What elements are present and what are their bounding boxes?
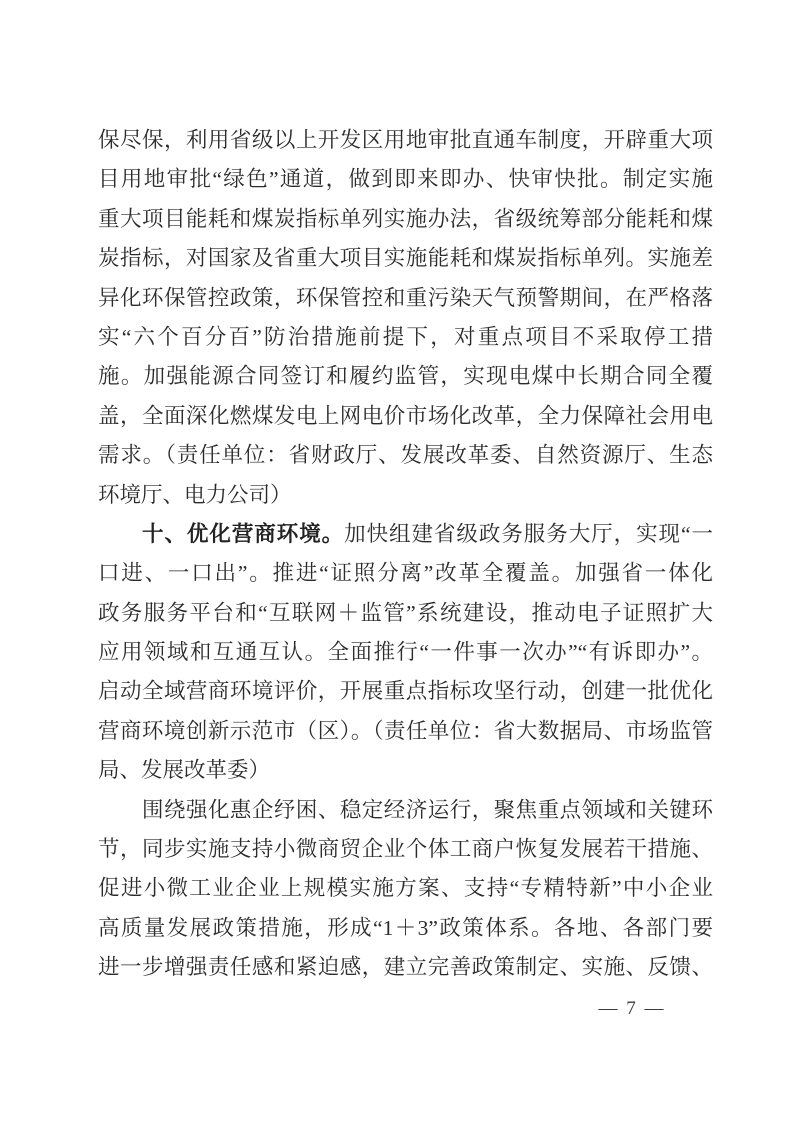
document-page: 保尽保，利用省级以上开发区用地审批直通车制度，开辟重大项 目用地审批“绿色”通道… — [0, 0, 793, 1121]
text-line: 口进、一口出”。推进“证照分离”改革全覆盖。加强省一体化 — [98, 554, 713, 593]
text-line: 高质量发展政策措施，形成“1＋3”政策体系。各地、各部门要 — [98, 909, 713, 948]
text-line: 应用领域和互通互认。全面推行“一件事一次办”“有诉即办”。 — [98, 633, 713, 672]
text-line: 启动全域营商环境评价，开展重点指标攻坚行动，创建一批优化 — [98, 672, 713, 711]
paragraph-continuation: 保尽保，利用省级以上开发区用地审批直通车制度，开辟重大项 目用地审批“绿色”通道… — [98, 121, 713, 515]
text-line: 重大项目能耗和煤炭指标单列实施办法，省级统筹部分能耗和煤 — [98, 200, 713, 239]
text-line: 异化环保管控政策，环保管控和重污染天气预警期间，在严格落 — [98, 279, 713, 318]
text-line: 目用地审批“绿色”通道，做到即来即办、快审快批。制定实施 — [98, 160, 713, 199]
text-line: 环境厅、电力公司） — [98, 476, 713, 515]
document-body: 保尽保，利用省级以上开发区用地审批直通车制度，开辟重大项 目用地审批“绿色”通道… — [98, 121, 713, 988]
text-line: 实“六个百分百”防治措施前提下，对重点项目不采取停工措 — [98, 318, 713, 357]
text-line: 促进小微工业企业上规模实施方案、支持“专精特新”中小企业 — [98, 869, 713, 908]
text-line: 围绕强化惠企纾困、稳定经济运行，聚焦重点领域和关键环 — [98, 791, 713, 830]
text-line: 炭指标，对国家及省重大项目实施能耗和煤炭指标单列。实施差 — [98, 239, 713, 278]
text-line: 需求。（责任单位：省财政厅、发展改革委、自然资源厅、生态 — [98, 436, 713, 475]
text-line: 施。加强能源合同签订和履约监管，实现电煤中长期合同全覆 — [98, 357, 713, 396]
text-line: 进一步增强责任感和紧迫感，建立完善政策制定、实施、反馈、 — [98, 948, 713, 987]
page-number: — 7 — — [590, 995, 674, 1023]
paragraph-closing: 围绕强化惠企纾困、稳定经济运行，聚焦重点领域和关键环 节，同步实施支持小微商贸企… — [98, 791, 713, 988]
text-line: 政务服务平台和“互联网＋监管”系统建设，推动电子证照扩大 — [98, 594, 713, 633]
text-line: 保尽保，利用省级以上开发区用地审批直通车制度，开辟重大项 — [98, 121, 713, 160]
text-line: 盖，全面深化燃煤发电上网电价市场化改革，全力保障社会用电 — [98, 397, 713, 436]
text-line: 节，同步实施支持小微商贸企业个体工商户恢复发展若干措施、 — [98, 830, 713, 869]
section-heading: 十、优化营商环境。 — [142, 522, 344, 546]
section-heading-tail: 加快组建省级政务服务大厅，实现“一 — [344, 522, 713, 546]
paragraph-section-10: 十、优化营商环境。加快组建省级政务服务大厅，实现“一 口进、一口出”。推进“证照… — [98, 515, 713, 791]
text-line: 营商环境创新示范市（区）。（责任单位：省大数据局、市场监管 — [98, 712, 713, 751]
text-line: 局、发展改革委） — [98, 751, 713, 790]
text-line: 十、优化营商环境。加快组建省级政务服务大厅，实现“一 — [98, 515, 713, 554]
